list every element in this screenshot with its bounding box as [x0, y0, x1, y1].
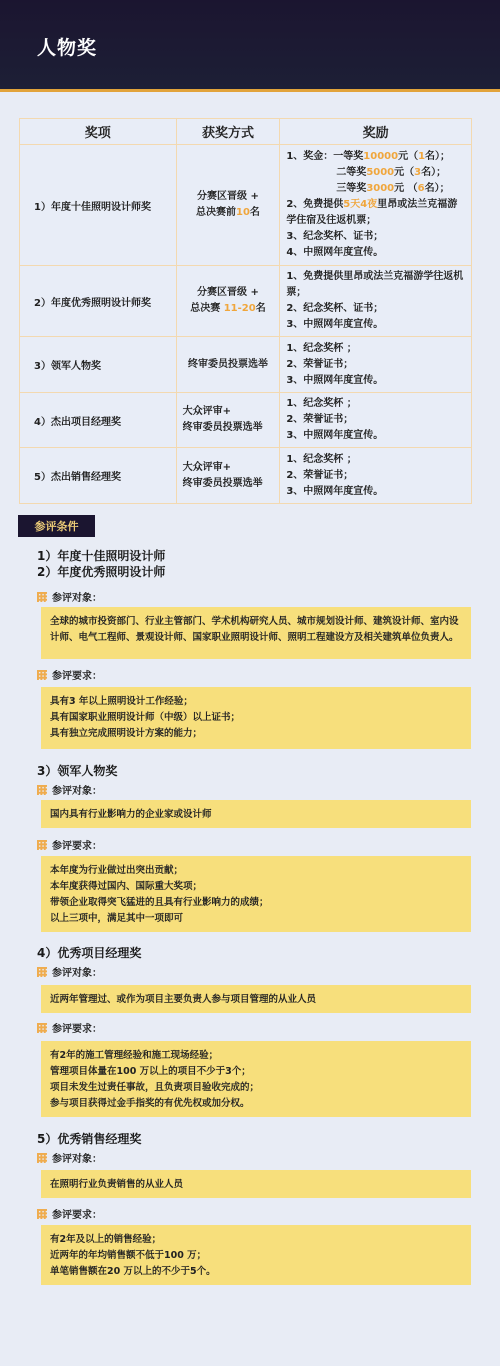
category-title: 3）领军人物奖 — [37, 762, 117, 779]
requirement-line: 近两年的年均销售额不低于100 万； — [50, 1248, 462, 1264]
requirement-box: 有2年及以上的销售经验； 近两年的年均销售额不低于100 万； 单笔销售额在20… — [41, 1225, 471, 1285]
award-method: 分赛区晋级 + 总决赛前10名 — [176, 145, 280, 266]
target-box: 在照明行业负责销售的从业人员 — [41, 1170, 471, 1198]
table-row: 5）杰出销售经理奖 大众评审+ 终审委员投票选举 1、纪念奖杯 ； 2、荣誉证书… — [20, 448, 472, 504]
reward-line: 4、中照网年度宣传。 — [286, 245, 467, 261]
target-box: 全球的城市投资部门、行业主管部门、学术机构研究人员、城市规划设计师、建筑设计师、… — [41, 607, 471, 659]
target-label: 参评对象： — [37, 782, 102, 797]
award-name: 1）年度十佳照明设计师奖 — [20, 145, 177, 266]
reward-line: 3、中照网年度宣传。 — [286, 317, 467, 333]
page-header: 人物奖 — [0, 0, 500, 92]
grid-icon — [37, 1023, 47, 1033]
reward-line: 2、荣誉证书； — [286, 357, 467, 373]
award-table: 奖项 获奖方式 奖励 1）年度十佳照明设计师奖 分赛区晋级 + 总决赛前10名 … — [19, 118, 472, 504]
requirement-line: 单笔销售额在20 万以上的不少于5个。 — [50, 1264, 462, 1280]
award-method: 终审委员投票选举 — [176, 337, 280, 393]
award-name: 5）杰出销售经理奖 — [20, 448, 177, 504]
award-method: 大众评审+ 终审委员投票选举 — [176, 448, 280, 504]
category-title: 2）年度优秀照明设计师 — [37, 563, 165, 580]
grid-icon — [37, 1153, 47, 1163]
requirement-line: 参与项目获得过金手指奖的有优先权或加分权。 — [50, 1096, 462, 1112]
reward-line: 1、纪念奖杯 ； — [286, 452, 467, 468]
reward-line: 3、中照网年度宣传。 — [286, 484, 467, 500]
requirement-line: 以上三项中，满足其中一项即可 — [50, 911, 462, 927]
requirement-line: 项目未发生过责任事故，且负责项目验收完成的； — [50, 1080, 462, 1096]
target-label: 参评对象： — [37, 1150, 102, 1165]
requirement-label: 参评要求： — [37, 837, 102, 852]
criteria-section-badge: 参评条件 — [18, 515, 95, 537]
requirement-line: 有2年的施工管理经验和施工现场经验； — [50, 1048, 462, 1064]
grid-icon — [37, 967, 47, 977]
requirement-line: 带领企业取得突飞猛进的且具有行业影响力的成绩； — [50, 895, 462, 911]
requirement-line: 管理项目体量在100 万以上的项目不少于3个； — [50, 1064, 462, 1080]
grid-icon — [37, 1209, 47, 1219]
reward-line: 2、荣誉证书； — [286, 468, 467, 484]
column-header-award: 奖项 — [20, 119, 177, 145]
method-line: 分赛区晋级 + — [177, 189, 280, 205]
award-rewards: 1、纪念奖杯 ； 2、荣誉证书； 3、中照网年度宣传。 — [280, 393, 472, 448]
target-box: 国内具有行业影响力的企业家或设计师 — [41, 800, 471, 828]
column-header-reward: 奖励 — [280, 119, 472, 145]
grid-icon — [37, 785, 47, 795]
reward-line: 2、纪念奖杯、证书； — [286, 301, 467, 317]
reward-line: 3、中照网年度宣传。 — [286, 373, 467, 389]
award-name: 2）年度优秀照明设计师奖 — [20, 266, 177, 337]
reward-line: 2、荣誉证书； — [286, 412, 467, 428]
reward-line: 2、免费提供5天4夜里昂或法兰克福游学住宿及往返机票； — [286, 197, 467, 229]
reward-line: 二等奖5000元（3名）； — [286, 165, 467, 181]
requirement-label: 参评对象：参评要求： — [37, 667, 102, 682]
target-label: 参评对象： — [37, 964, 102, 979]
award-rewards: 1、免费提供里昂或法兰克福游学往返机票； 2、纪念奖杯、证书； 3、中照网年度宣… — [280, 266, 472, 337]
requirement-line: 具有国家职业照明设计师（中级）以上证书； — [50, 710, 462, 726]
reward-line: 3、纪念奖杯、证书； — [286, 229, 467, 245]
requirement-box: 有2年的施工管理经验和施工现场经验； 管理项目体量在100 万以上的项目不少于3… — [41, 1041, 471, 1117]
method-line: 终审委员投票选举 — [183, 476, 280, 492]
requirement-line: 具有独立完成照明设计方案的能力； — [50, 726, 462, 742]
target-box: 近两年管理过、或作为项目主要负责人参与项目管理的从业人员 — [41, 985, 471, 1013]
table-header-row: 奖项 获奖方式 奖励 — [20, 119, 472, 145]
reward-line: 1、纪念奖杯 ； — [286, 396, 467, 412]
requirement-label: 参评要求： — [37, 1206, 102, 1221]
method-line: 总决赛 11-20名 — [177, 301, 280, 317]
reward-line: 3、中照网年度宣传。 — [286, 428, 467, 444]
page-title: 人物奖 — [37, 33, 97, 60]
method-line: 分赛区晋级 + — [177, 285, 280, 301]
method-line: 大众评审+ — [183, 460, 280, 476]
target-label: 参评对象： — [37, 589, 102, 604]
award-method: 大众评审+ 终审委员投票选举 — [176, 393, 280, 448]
requirement-line: 本年度获得过国内、国际重大奖项； — [50, 879, 462, 895]
method-line: 终审委员投票选举 — [183, 420, 280, 436]
category-title: 5）优秀销售经理奖 — [37, 1130, 141, 1147]
award-method: 分赛区晋级 + 总决赛 11-20名 — [176, 266, 280, 337]
requirement-label: 参评要求： — [37, 1020, 102, 1035]
award-rewards: 1、纪念奖杯 ； 2、荣誉证书； 3、中照网年度宣传。 — [280, 448, 472, 504]
grid-icon — [37, 592, 47, 602]
requirement-line: 本年度为行业做过出突出贡献； — [50, 863, 462, 879]
method-line: 大众评审+ — [183, 404, 280, 420]
requirement-line: 具有3 年以上照明设计工作经验； — [50, 694, 462, 710]
category-title: 4）优秀项目经理奖 — [37, 944, 141, 961]
method-line: 总决赛前10名 — [177, 205, 280, 221]
requirement-line: 有2年及以上的销售经验； — [50, 1232, 462, 1248]
grid-icon — [37, 670, 47, 680]
reward-line: 1、奖金：一等奖10000元（1名）； — [286, 149, 467, 165]
award-rewards: 1、纪念奖杯 ； 2、荣誉证书； 3、中照网年度宣传。 — [280, 337, 472, 393]
award-name: 4）杰出项目经理奖 — [20, 393, 177, 448]
reward-line: 1、免费提供里昂或法兰克福游学往返机票； — [286, 269, 467, 301]
reward-line: 三等奖3000元 （6名）； — [286, 181, 467, 197]
requirement-box: 本年度为行业做过出突出贡献； 本年度获得过国内、国际重大奖项； 带领企业取得突飞… — [41, 856, 471, 932]
column-header-method: 获奖方式 — [176, 119, 280, 145]
award-name: 3）领军人物奖 — [20, 337, 177, 393]
table-row: 4）杰出项目经理奖 大众评审+ 终审委员投票选举 1、纪念奖杯 ； 2、荣誉证书… — [20, 393, 472, 448]
grid-icon — [37, 840, 47, 850]
table-row: 1）年度十佳照明设计师奖 分赛区晋级 + 总决赛前10名 1、奖金：一等奖100… — [20, 145, 472, 266]
table-row: 2）年度优秀照明设计师奖 分赛区晋级 + 总决赛 11-20名 1、免费提供里昂… — [20, 266, 472, 337]
reward-line: 1、纪念奖杯 ； — [286, 341, 467, 357]
category-title: 1）年度十佳照明设计师 — [37, 547, 165, 564]
award-rewards: 1、奖金：一等奖10000元（1名）； 二等奖5000元（3名）； 三等奖300… — [280, 145, 472, 266]
requirement-box: 具有3 年以上照明设计工作经验； 具有国家职业照明设计师（中级）以上证书； 具有… — [41, 687, 471, 749]
table-row: 3）领军人物奖 终审委员投票选举 1、纪念奖杯 ； 2、荣誉证书； 3、中照网年… — [20, 337, 472, 393]
